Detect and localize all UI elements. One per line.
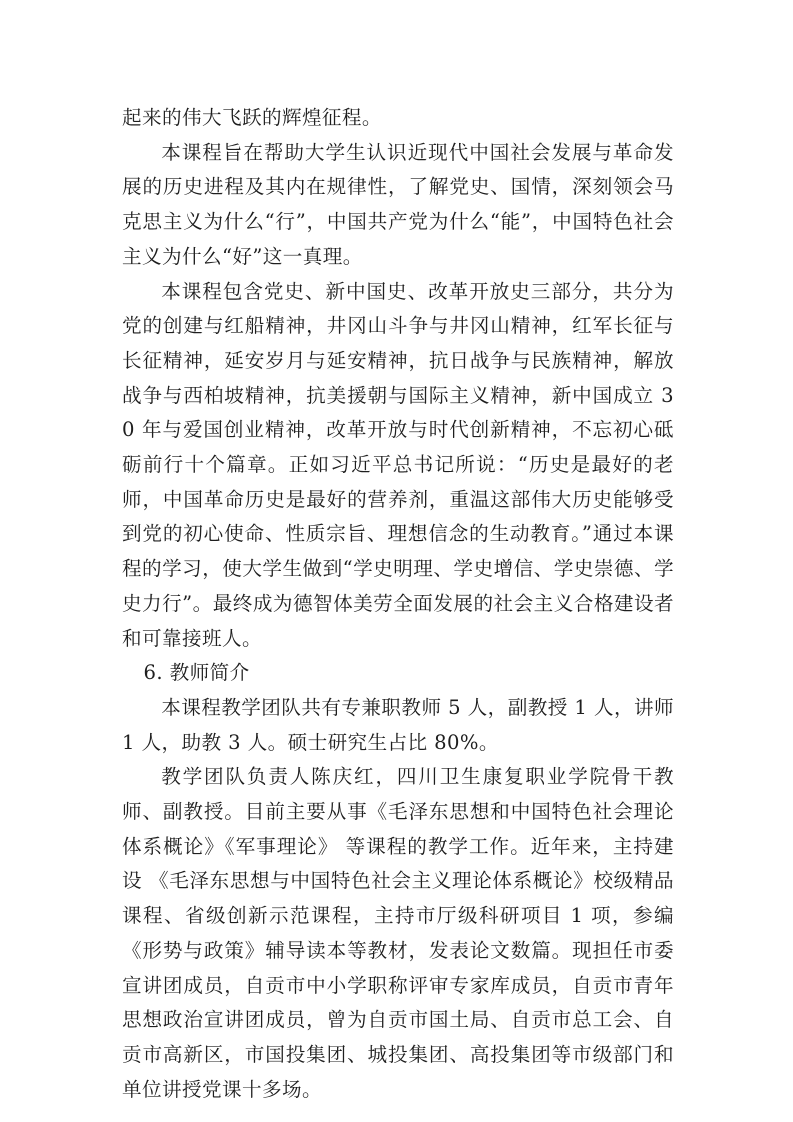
paragraph-course-content: 本课程包含党史、新中国史、改革开放史三部分，共分为党的创建与红船精神，井冈山斗争… [122, 275, 674, 657]
section-heading-teacher-intro: 6. 教师简介 [122, 656, 674, 691]
paragraph-continuation: 起来的伟大飞跃的辉煌征程。 [122, 101, 674, 136]
document-page: 起来的伟大飞跃的辉煌征程。 本课程旨在帮助大学生认识近现代中国社会发展与革命发展… [122, 101, 674, 1107]
paragraph-team-composition: 本课程教学团队共有专兼职教师 5 人，副教授 1 人，讲师 1 人，助教 3 人… [122, 691, 674, 760]
paragraph-team-leader: 教学团队负责人陈庆红，四川卫生康复职业学院骨干教师、副教授。目前主要从事《毛泽东… [122, 760, 674, 1107]
paragraph-course-aim: 本课程旨在帮助大学生认识近现代中国社会发展与革命发展的历史进程及其内在规律性，了… [122, 136, 674, 275]
